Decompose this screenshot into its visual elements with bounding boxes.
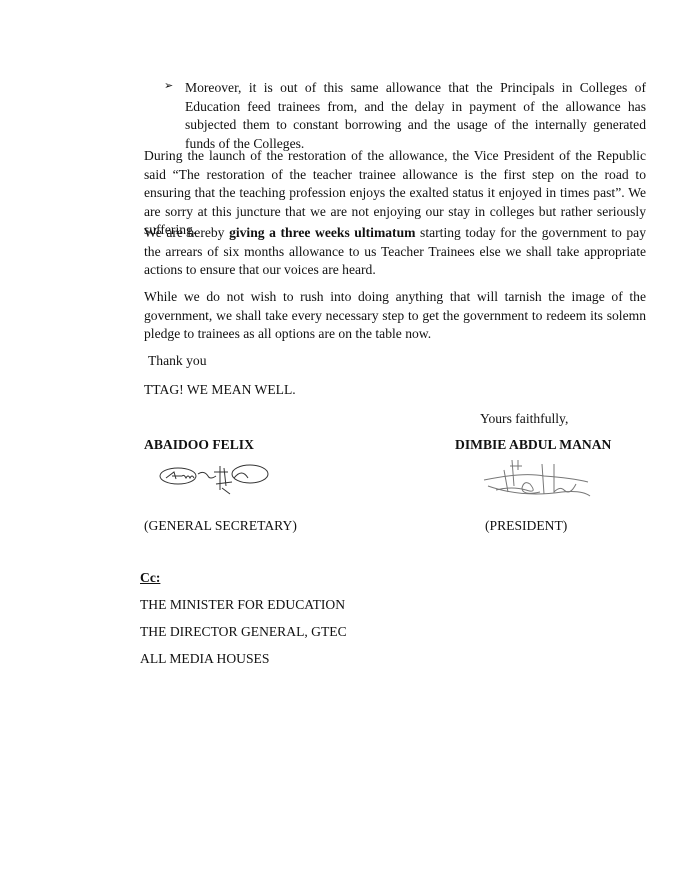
ultimatum-paragraph: We are hereby giving a three weeks ultim… xyxy=(144,224,646,280)
bullet-arrow-icon: ➢ xyxy=(164,79,173,92)
signatory-name-secretary: ABAIDOO FELIX xyxy=(144,436,254,454)
signatory-name-president: DIMBIE ABDUL MANAN xyxy=(455,436,611,454)
signatory-title-president: (PRESIDENT) xyxy=(485,517,567,535)
cc-label: Cc: xyxy=(140,569,160,587)
yours-faithfully-text: Yours faithfully, xyxy=(480,410,568,428)
thank-you-text: Thank you xyxy=(148,352,207,370)
ultimatum-emphasis: giving a three weeks ultimatum xyxy=(229,225,415,240)
motto-text: TTAG! WE MEAN WELL. xyxy=(144,381,296,399)
tarnish-paragraph: While we do not wish to rush into doing … xyxy=(144,288,646,344)
signatory-title-secretary: (GENERAL SECRETARY) xyxy=(144,517,297,535)
signature-icon xyxy=(482,456,594,502)
cc-recipient: ALL MEDIA HOUSES xyxy=(140,650,269,668)
cc-recipient: THE MINISTER FOR EDUCATION xyxy=(140,596,345,614)
ultimatum-text-pre: We are hereby xyxy=(144,225,229,240)
bullet-paragraph: Moreover, it is out of this same allowan… xyxy=(185,79,646,153)
cc-recipient: THE DIRECTOR GENERAL, GTEC xyxy=(140,623,347,641)
signature-icon xyxy=(158,458,273,498)
